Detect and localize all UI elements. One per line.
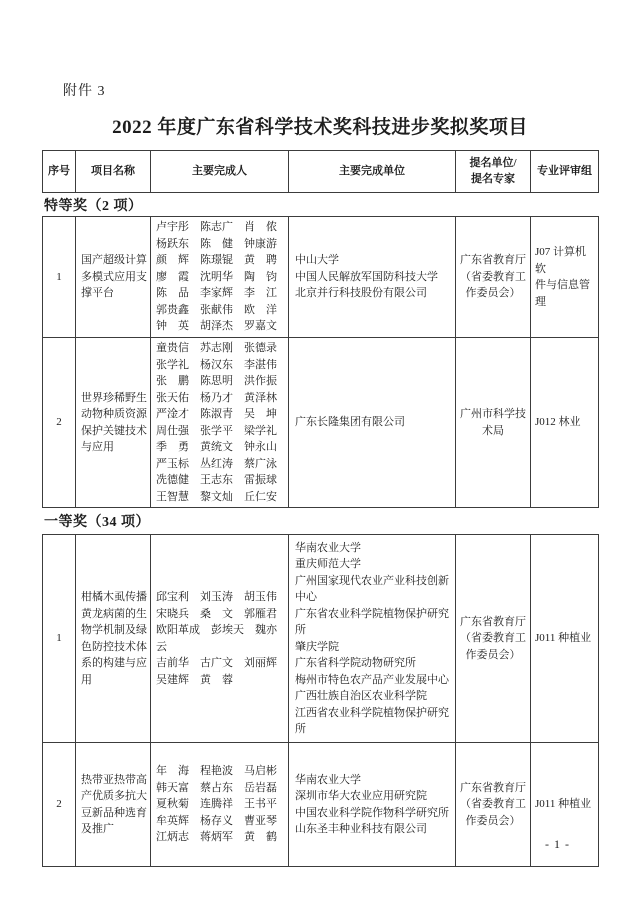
first-prize-table: 1 柑橘木虱传播 黄龙病菌的生 物学机制及绿 色防控技术体 系的构建与应 用 邱… — [42, 534, 599, 867]
cell-main-units: 华南农业大学 深圳市华大农业应用研究院 中国农业科学院作物科学研究所 山东圣丰种… — [289, 743, 456, 867]
header-cell-units: 主要完成单位 — [289, 151, 456, 193]
special-prize-table: 1 国产超级计算 多模式应用支 撑平台 卢宇彤 陈志广 肖 侬 杨跃东 陈 健 … — [42, 216, 599, 508]
cell-main-persons: 邱宝利 刘玉涛 胡玉伟 宋晓兵 桑 文 郭雁君 欧阳革成 彭埃天 魏亦云 吉前华… — [151, 535, 289, 743]
cell-project-name: 国产超级计算 多模式应用支 撑平台 — [76, 217, 151, 338]
page-title: 2022 年度广东省科学技术奖科技进步奖拟奖项目 — [0, 112, 640, 139]
header-cell-persons: 主要完成人 — [151, 151, 289, 193]
table-row: 1 国产超级计算 多模式应用支 撑平台 卢宇彤 陈志广 肖 侬 杨跃东 陈 健 … — [43, 217, 599, 338]
cell-review-panel: J07 计算机软 件与信息管 理 — [531, 217, 599, 338]
cell-no: 1 — [43, 217, 76, 338]
cell-project-name: 世界珍稀野生 动物种质资源 保护关键技术 与应用 — [76, 338, 151, 508]
table-row: 1 柑橘木虱传播 黄龙病菌的生 物学机制及绿 色防控技术体 系的构建与应 用 邱… — [43, 535, 599, 743]
table-row: 2 世界珍稀野生 动物种质资源 保护关键技术 与应用 童贵信 苏志刚 张德录 张… — [43, 338, 599, 508]
section-label-first-prize: 一等奖（34 项） — [42, 508, 598, 534]
cell-no: 2 — [43, 743, 76, 867]
header-cell-nominator: 提名单位/ 提名专家 — [456, 151, 531, 193]
cell-no: 2 — [43, 338, 76, 508]
cell-nominator: 广州市科学技 术局 — [456, 338, 531, 508]
cell-nominator: 广东省教育厅 （省委教育工 作委员会） — [456, 743, 531, 867]
cell-main-persons: 童贵信 苏志刚 张德录 张学礼 杨汉东 李湛伟 张 鹏 陈思明 洪作振 张天佑 … — [151, 338, 289, 508]
cell-no: 1 — [43, 535, 76, 743]
header-cell-no: 序号 — [43, 151, 76, 193]
cell-main-persons: 年 海 程艳波 马启彬 韩天富 蔡占东 岳岩磊 夏秋菊 连腾祥 王书平 牟英辉 … — [151, 743, 289, 867]
cell-review-panel: J011 种植业 — [531, 535, 599, 743]
cell-project-name: 热带亚热带高 产优质多抗大 豆新品种选育 及推广 — [76, 743, 151, 867]
page-number: - 1 - — [545, 837, 570, 852]
cell-main-units: 广东长隆集团有限公司 — [289, 338, 456, 508]
attachment-label: 附件 3 — [63, 80, 106, 100]
header-cell-project: 项目名称 — [76, 151, 151, 193]
cell-main-persons: 卢宇彤 陈志广 肖 侬 杨跃东 陈 健 钟康游 颜 辉 陈璟锟 黄 聘 廖 霞 … — [151, 217, 289, 338]
awards-table: 序号 项目名称 主要完成人 主要完成单位 提名单位/ 提名专家 专业评审组 特等… — [42, 150, 598, 867]
cell-nominator: 广东省教育厅 （省委教育工 作委员会） — [456, 535, 531, 743]
cell-main-units: 中山大学 中国人民解放军国防科技大学 北京并行科技股份有限公司 — [289, 217, 456, 338]
section-label-special-prize: 特等奖（2 项） — [42, 193, 598, 216]
cell-project-name: 柑橘木虱传播 黄龙病菌的生 物学机制及绿 色防控技术体 系的构建与应 用 — [76, 535, 151, 743]
cell-review-panel: J012 林业 — [531, 338, 599, 508]
header-cell-panel: 专业评审组 — [531, 151, 599, 193]
table-row: 2 热带亚热带高 产优质多抗大 豆新品种选育 及推广 年 海 程艳波 马启彬 韩… — [43, 743, 599, 867]
table-header: 序号 项目名称 主要完成人 主要完成单位 提名单位/ 提名专家 专业评审组 — [42, 150, 599, 193]
cell-main-units: 华南农业大学 重庆师范大学 广州国家现代农业产业科技创新 中心 广东省农业科学院… — [289, 535, 456, 743]
cell-nominator: 广东省教育厅 （省委教育工 作委员会） — [456, 217, 531, 338]
document-page: 附件 3 2022 年度广东省科学技术奖科技进步奖拟奖项目 序号 项目名称 主要… — [0, 0, 640, 905]
